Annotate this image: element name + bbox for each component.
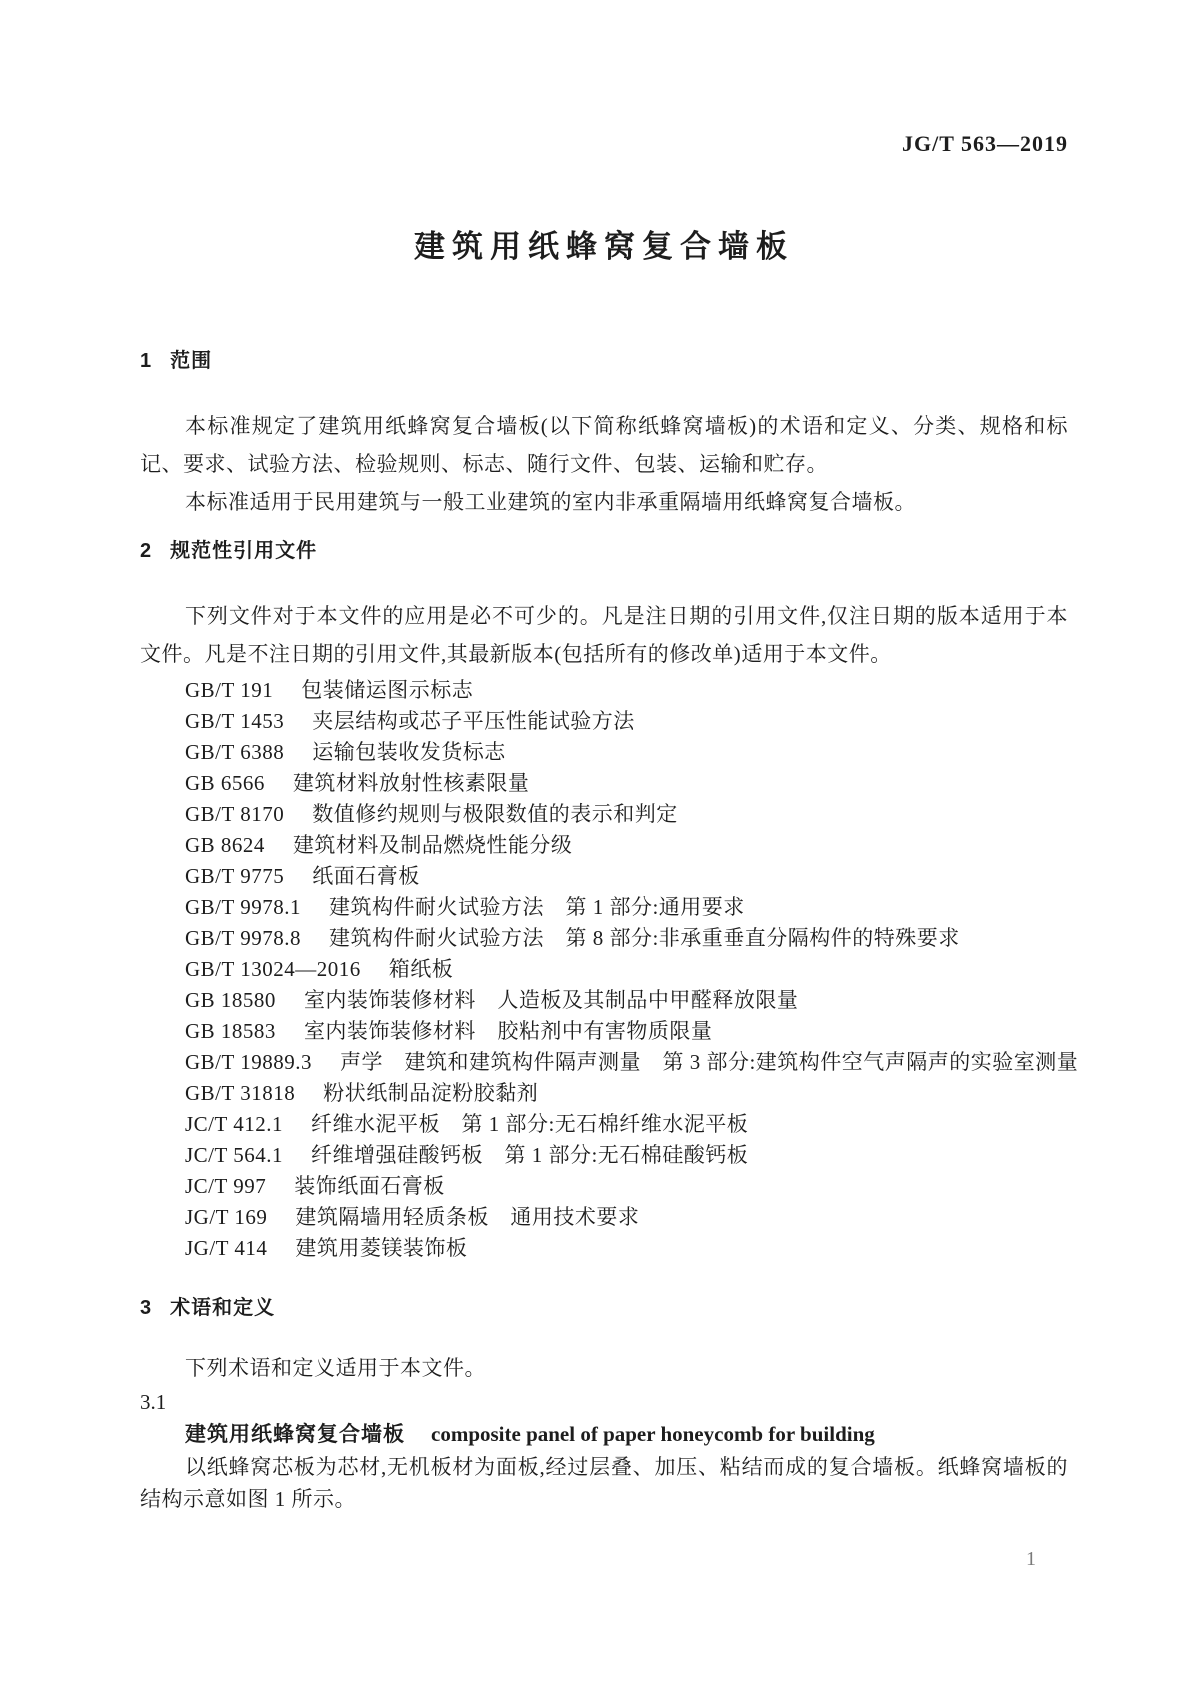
reference-title: 箱纸板 [389,957,454,981]
reference-title: 室内装饰装修材料 胶粘剂中有害物质限量 [304,1019,713,1043]
section-2-number: 2 [140,539,152,563]
reference-title: 声学 建筑和建筑构件隔声测量 第 3 部分:建筑构件空气声隔声的实验室测量 [340,1050,1078,1074]
reference-code: GB/T 191 [185,678,273,702]
section-3-paragraph: 下列术语和定义适用于本文件。 [140,1352,1068,1384]
term-name-chinese: 建筑用纸蜂窝复合墙板 [185,1423,405,1446]
section-1-paragraph: 本标准规定了建筑用纸蜂窝复合墙板(以下简称纸蜂窝墙板)的术语和定义、分类、规格和… [140,407,1068,483]
page-number: 1 [1026,1548,1036,1571]
reference-code: GB 8624 [185,833,265,857]
reference-code: JG/T 169 [185,1205,267,1229]
section-1-paragraph: 本标准适用于民用建筑与一般工业建筑的室内非承重隔墙用纸蜂窝复合墙板。 [140,483,1068,521]
document-page: JG/T 563—2019 建筑用纸蜂窝复合墙板 1范围 本标准规定了建筑用纸蜂… [0,0,1190,1684]
reference-item: GB/T 9775纸面石膏板 [140,861,1068,892]
reference-item: GB/T 1453夹层结构或芯子平压性能试验方法 [140,706,1068,737]
reference-item: GB 6566建筑材料放射性核素限量 [140,768,1068,799]
reference-title: 数值修约规则与极限数值的表示和判定 [312,802,678,826]
reference-item: GB/T 31818粉状纸制品淀粉胶黏剂 [140,1078,1068,1109]
reference-code: GB/T 6388 [185,740,284,764]
reference-item: GB/T 8170数值修约规则与极限数值的表示和判定 [140,799,1068,830]
reference-item: GB 18583室内装饰装修材料 胶粘剂中有害物质限量 [140,1016,1068,1047]
section-2-title: 规范性引用文件 [170,540,317,562]
reference-code: GB/T 1453 [185,709,284,733]
term-definition: 以纸蜂窝芯板为芯材,无机板材为面板,经过层叠、加压、粘结而成的复合墙板。纸蜂窝墙… [140,1451,1068,1515]
reference-code: GB/T 9978.8 [185,926,301,950]
section-2-heading: 2规范性引用文件 [140,539,1068,563]
term-heading: 建筑用纸蜂窝复合墙板composite panel of paper honey… [140,1418,1068,1451]
reference-item: GB/T 13024—2016箱纸板 [140,954,1068,985]
reference-title: 建筑隔墙用轻质条板 通用技术要求 [295,1205,639,1229]
reference-title: 建筑构件耐火试验方法 第 1 部分:通用要求 [329,895,745,919]
reference-item: GB/T 9978.8建筑构件耐火试验方法 第 8 部分:非承重垂直分隔构件的特… [140,923,1068,954]
reference-code: GB 18583 [185,1019,276,1043]
reference-code: GB/T 8170 [185,802,284,826]
section-2-paragraph: 下列文件对于本文件的应用是必不可少的。凡是注日期的引用文件,仅注日期的版本适用于… [140,597,1068,673]
reference-item: JG/T 414建筑用菱镁装饰板 [140,1233,1068,1264]
reference-code: GB/T 9775 [185,864,284,888]
reference-code: GB/T 9978.1 [185,895,301,919]
reference-item: JC/T 997装饰纸面石膏板 [140,1171,1068,1202]
term-number: 3.1 [140,1386,1068,1418]
reference-code: JC/T 997 [185,1174,266,1198]
reference-item: GB 8624建筑材料及制品燃烧性能分级 [140,830,1068,861]
reference-title: 夹层结构或芯子平压性能试验方法 [312,709,635,733]
standard-code: JG/T 563—2019 [140,0,1068,157]
reference-item: JC/T 412.1纤维水泥平板 第 1 部分:无石棉纤维水泥平板 [140,1109,1068,1140]
reference-code: GB 6566 [185,771,265,795]
reference-code: GB 18580 [185,988,276,1012]
reference-code: JG/T 414 [185,1236,267,1260]
section-3-number: 3 [140,1296,152,1320]
reference-title: 建筑构件耐火试验方法 第 8 部分:非承重垂直分隔构件的特殊要求 [329,926,960,950]
reference-item: JG/T 169建筑隔墙用轻质条板 通用技术要求 [140,1202,1068,1233]
reference-item: GB/T 6388运输包装收发货标志 [140,737,1068,768]
reference-title: 建筑用菱镁装饰板 [295,1236,467,1260]
reference-title: 纤维增强硅酸钙板 第 1 部分:无石棉硅酸钙板 [311,1143,748,1167]
section-1-heading: 1范围 [140,349,1068,373]
reference-item: GB 18580室内装饰装修材料 人造板及其制品中甲醛释放限量 [140,985,1068,1016]
section-3-heading: 3术语和定义 [140,1296,1068,1320]
reference-title: 运输包装收发货标志 [312,740,506,764]
reference-item: JC/T 564.1纤维增强硅酸钙板 第 1 部分:无石棉硅酸钙板 [140,1140,1068,1171]
reference-item: GB/T 19889.3声学 建筑和建筑构件隔声测量 第 3 部分:建筑构件空气… [140,1047,1068,1078]
reference-list: GB/T 191包装储运图示标志 GB/T 1453夹层结构或芯子平压性能试验方… [140,675,1068,1264]
reference-title: 粉状纸制品淀粉胶黏剂 [323,1081,538,1105]
reference-title: 室内装饰装修材料 人造板及其制品中甲醛释放限量 [304,988,799,1012]
section-1-number: 1 [140,349,152,373]
section-1-title: 范围 [170,350,212,372]
reference-code: GB/T 13024—2016 [185,957,361,981]
reference-title: 纤维水泥平板 第 1 部分:无石棉纤维水泥平板 [311,1112,748,1136]
term-name-english: composite panel of paper honeycomb for b… [431,1422,875,1446]
reference-code: GB/T 19889.3 [185,1050,312,1074]
reference-title: 纸面石膏板 [312,864,420,888]
reference-title: 建筑材料及制品燃烧性能分级 [293,833,573,857]
section-3-title: 术语和定义 [170,1297,275,1319]
reference-code: GB/T 31818 [185,1081,295,1105]
reference-item: GB/T 191包装储运图示标志 [140,675,1068,706]
reference-title: 装饰纸面石膏板 [294,1174,445,1198]
reference-code: JC/T 412.1 [185,1112,283,1136]
reference-title: 建筑材料放射性核素限量 [293,771,530,795]
reference-item: GB/T 9978.1建筑构件耐火试验方法 第 1 部分:通用要求 [140,892,1068,923]
reference-title: 包装储运图示标志 [301,678,473,702]
document-title: 建筑用纸蜂窝复合墙板 [140,227,1068,267]
reference-code: JC/T 564.1 [185,1143,283,1167]
